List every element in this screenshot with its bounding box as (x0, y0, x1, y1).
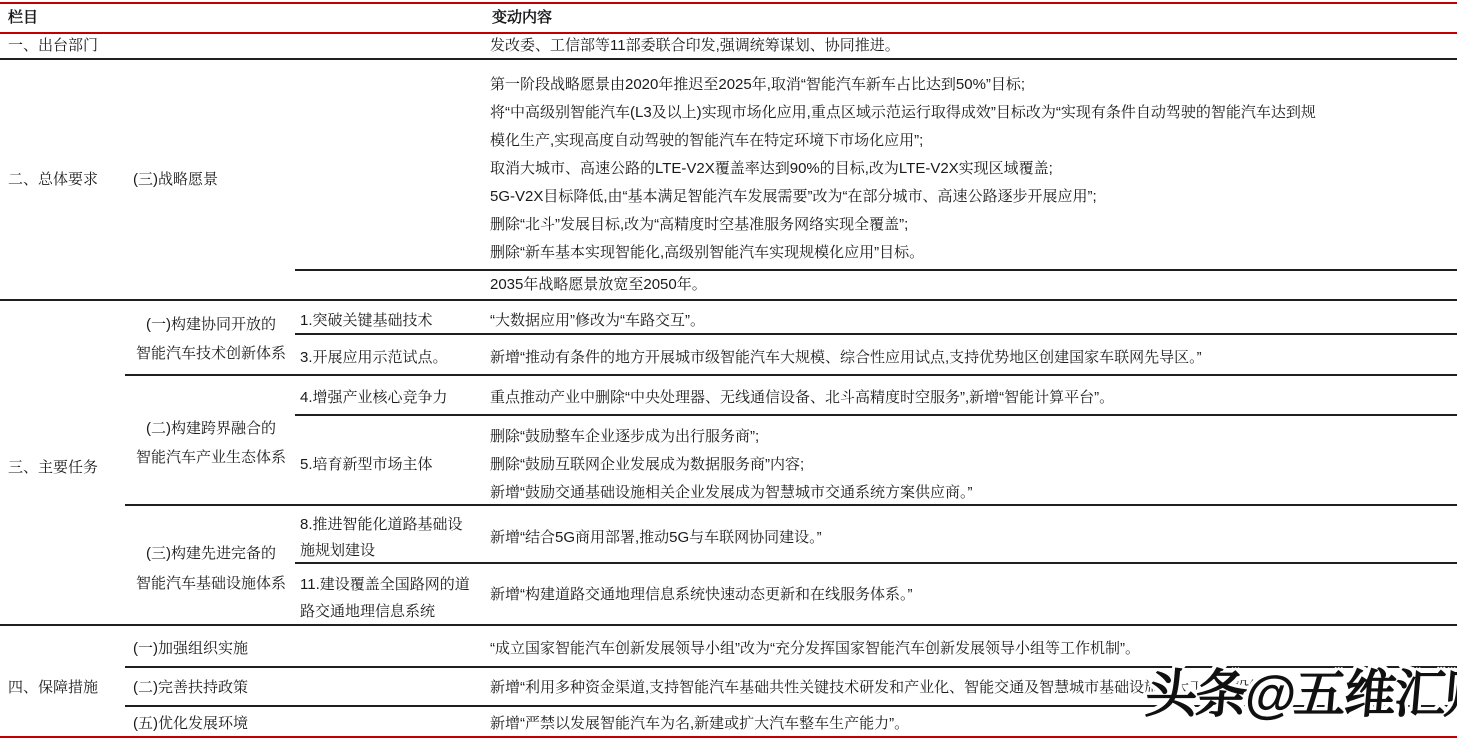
divider (295, 562, 1457, 564)
section3-group1-title: (一)构建协同开放的 (125, 315, 297, 335)
section2-content-line: 第一阶段战略愿景由2020年推迟至2025年,取消“智能汽车新车占比达到50%”… (490, 75, 1025, 95)
divider (295, 333, 1457, 335)
section3-group2-task1-content: 重点推动产业中删除“中央处理器、无线通信设备、北斗高精度时空服务”,新增“智能计… (490, 388, 1114, 408)
section3-group1-task1: 1.突破关键基础技术 (300, 311, 433, 331)
section2-content-line: 取消大城市、高速公路的LTE-V2X覆盖率达到90%的目标,改为LTE-V2X实… (490, 159, 1053, 179)
section2-label: 二、总体要求 (8, 170, 98, 190)
section3-group3-title: 智能汽车基础设施体系 (125, 574, 297, 594)
section3-group3-task1: 施规划建设 (300, 541, 375, 561)
section3-group2-title: 智能汽车产业生态体系 (125, 448, 297, 468)
section4-item1-sub: (一)加强组织实施 (133, 639, 248, 659)
section3-group3-task2: 路交通地理信息系统 (300, 602, 435, 622)
divider-bottom-red (0, 736, 1457, 738)
section2-content-line: 删除“新车基本实现智能化,高级别智能汽车实现规模化应用”目标。 (490, 243, 924, 263)
section2-content-line: 将“中高级别智能汽车(L3及以上)实现市场化应用,重点区域示范运行取得成效”目标… (490, 103, 1316, 123)
col-header-content: 变动内容 (492, 8, 552, 28)
section3-group2-task2: 5.培育新型市场主体 (300, 455, 433, 475)
watermark: 头条@五维汇财 (1143, 652, 1457, 727)
section3-group1-title: 智能汽车技术创新体系 (125, 344, 297, 364)
section3-group2-task2-content: 新增“鼓励交通基础设施相关企业发展成为智慧城市交通系统方案供应商。” (490, 483, 973, 503)
divider-top-red (0, 2, 1457, 4)
divider (0, 624, 1457, 626)
watermark-handle: @五维汇财 (1243, 666, 1457, 724)
section3-label: 三、主要任务 (8, 458, 98, 478)
section2-extra-row: 2035年战略愿景放宽至2050年。 (490, 275, 707, 295)
section2-content-line: 5G-V2X目标降低,由“基本满足智能汽车发展需要”改为“在部分城市、高速公路逐… (490, 187, 1097, 207)
section2-content-line: 删除“北斗”发展目标,改为“高精度时空基准服务网络实现全覆盖”; (490, 215, 908, 235)
divider (0, 299, 1457, 301)
section4-item3-content: 新增“严禁以发展智能汽车为名,新建或扩大汽车整车生产能力”。 (490, 714, 909, 734)
section4-item3-sub: (五)优化发展环境 (133, 714, 248, 734)
section3-group1-task2-content: 新增“推动有条件的地方开展城市级智能汽车大规模、综合性应用试点,支持优势地区创建… (490, 348, 1202, 368)
section3-group3-task2-content: 新增“构建道路交通地理信息系统快速动态更新和在线服务体系。” (490, 585, 913, 605)
section3-group2-task2-content: 删除“鼓励整车企业逐步成为出行服务商”; (490, 427, 759, 447)
section2-sub-label: (三)战略愿景 (133, 170, 218, 190)
section3-group3-title: (三)构建先进完备的 (125, 544, 297, 564)
divider (295, 269, 1457, 271)
section3-group1-task1-content: “大数据应用”修改为“车路交互”。 (490, 311, 705, 331)
section3-group1-task2: 3.开展应用示范试点。 (300, 348, 448, 368)
policy-comparison-table: 栏目 变动内容 一、出台部门 发改委、工信部等11部委联合印发,强调统筹谋划、协… (0, 0, 1457, 741)
section3-group3-task1-content: 新增“结合5G商用部署,推动5G与车联网协同建设。” (490, 528, 822, 548)
divider (295, 414, 1457, 416)
col-header-category: 栏目 (8, 8, 38, 28)
section3-group2-task1: 4.增强产业核心竞争力 (300, 388, 448, 408)
section1-content: 发改委、工信部等11部委联合印发,强调统筹谋划、协同推进。 (490, 36, 900, 56)
section2-content-line: 模化生产,实现高度自动驾驶的智能汽车在特定环境下市场化应用”; (490, 131, 923, 151)
divider (125, 504, 1457, 506)
section3-group3-task2: 11.建设覆盖全国路网的道 (300, 575, 470, 595)
section3-group2-title: (二)构建跨界融合的 (125, 419, 297, 439)
section3-group3-task1: 8.推进智能化道路基础设 (300, 515, 463, 535)
section4-item1-content: “成立国家智能汽车创新发展领导小组”改为“充分发挥国家智能汽车创新发展领导小组等… (490, 639, 1140, 659)
section3-group2-task2-content: 删除“鼓励互联网企业发展成为数据服务商”内容; (490, 455, 804, 475)
divider-header-red (0, 32, 1457, 34)
divider (125, 374, 1457, 376)
divider (0, 58, 1457, 60)
section4-label: 四、保障措施 (8, 678, 98, 698)
watermark-source: 头条 (1143, 666, 1248, 724)
section4-item2-sub: (二)完善扶持政策 (133, 678, 248, 698)
section1-label: 一、出台部门 (8, 36, 98, 56)
